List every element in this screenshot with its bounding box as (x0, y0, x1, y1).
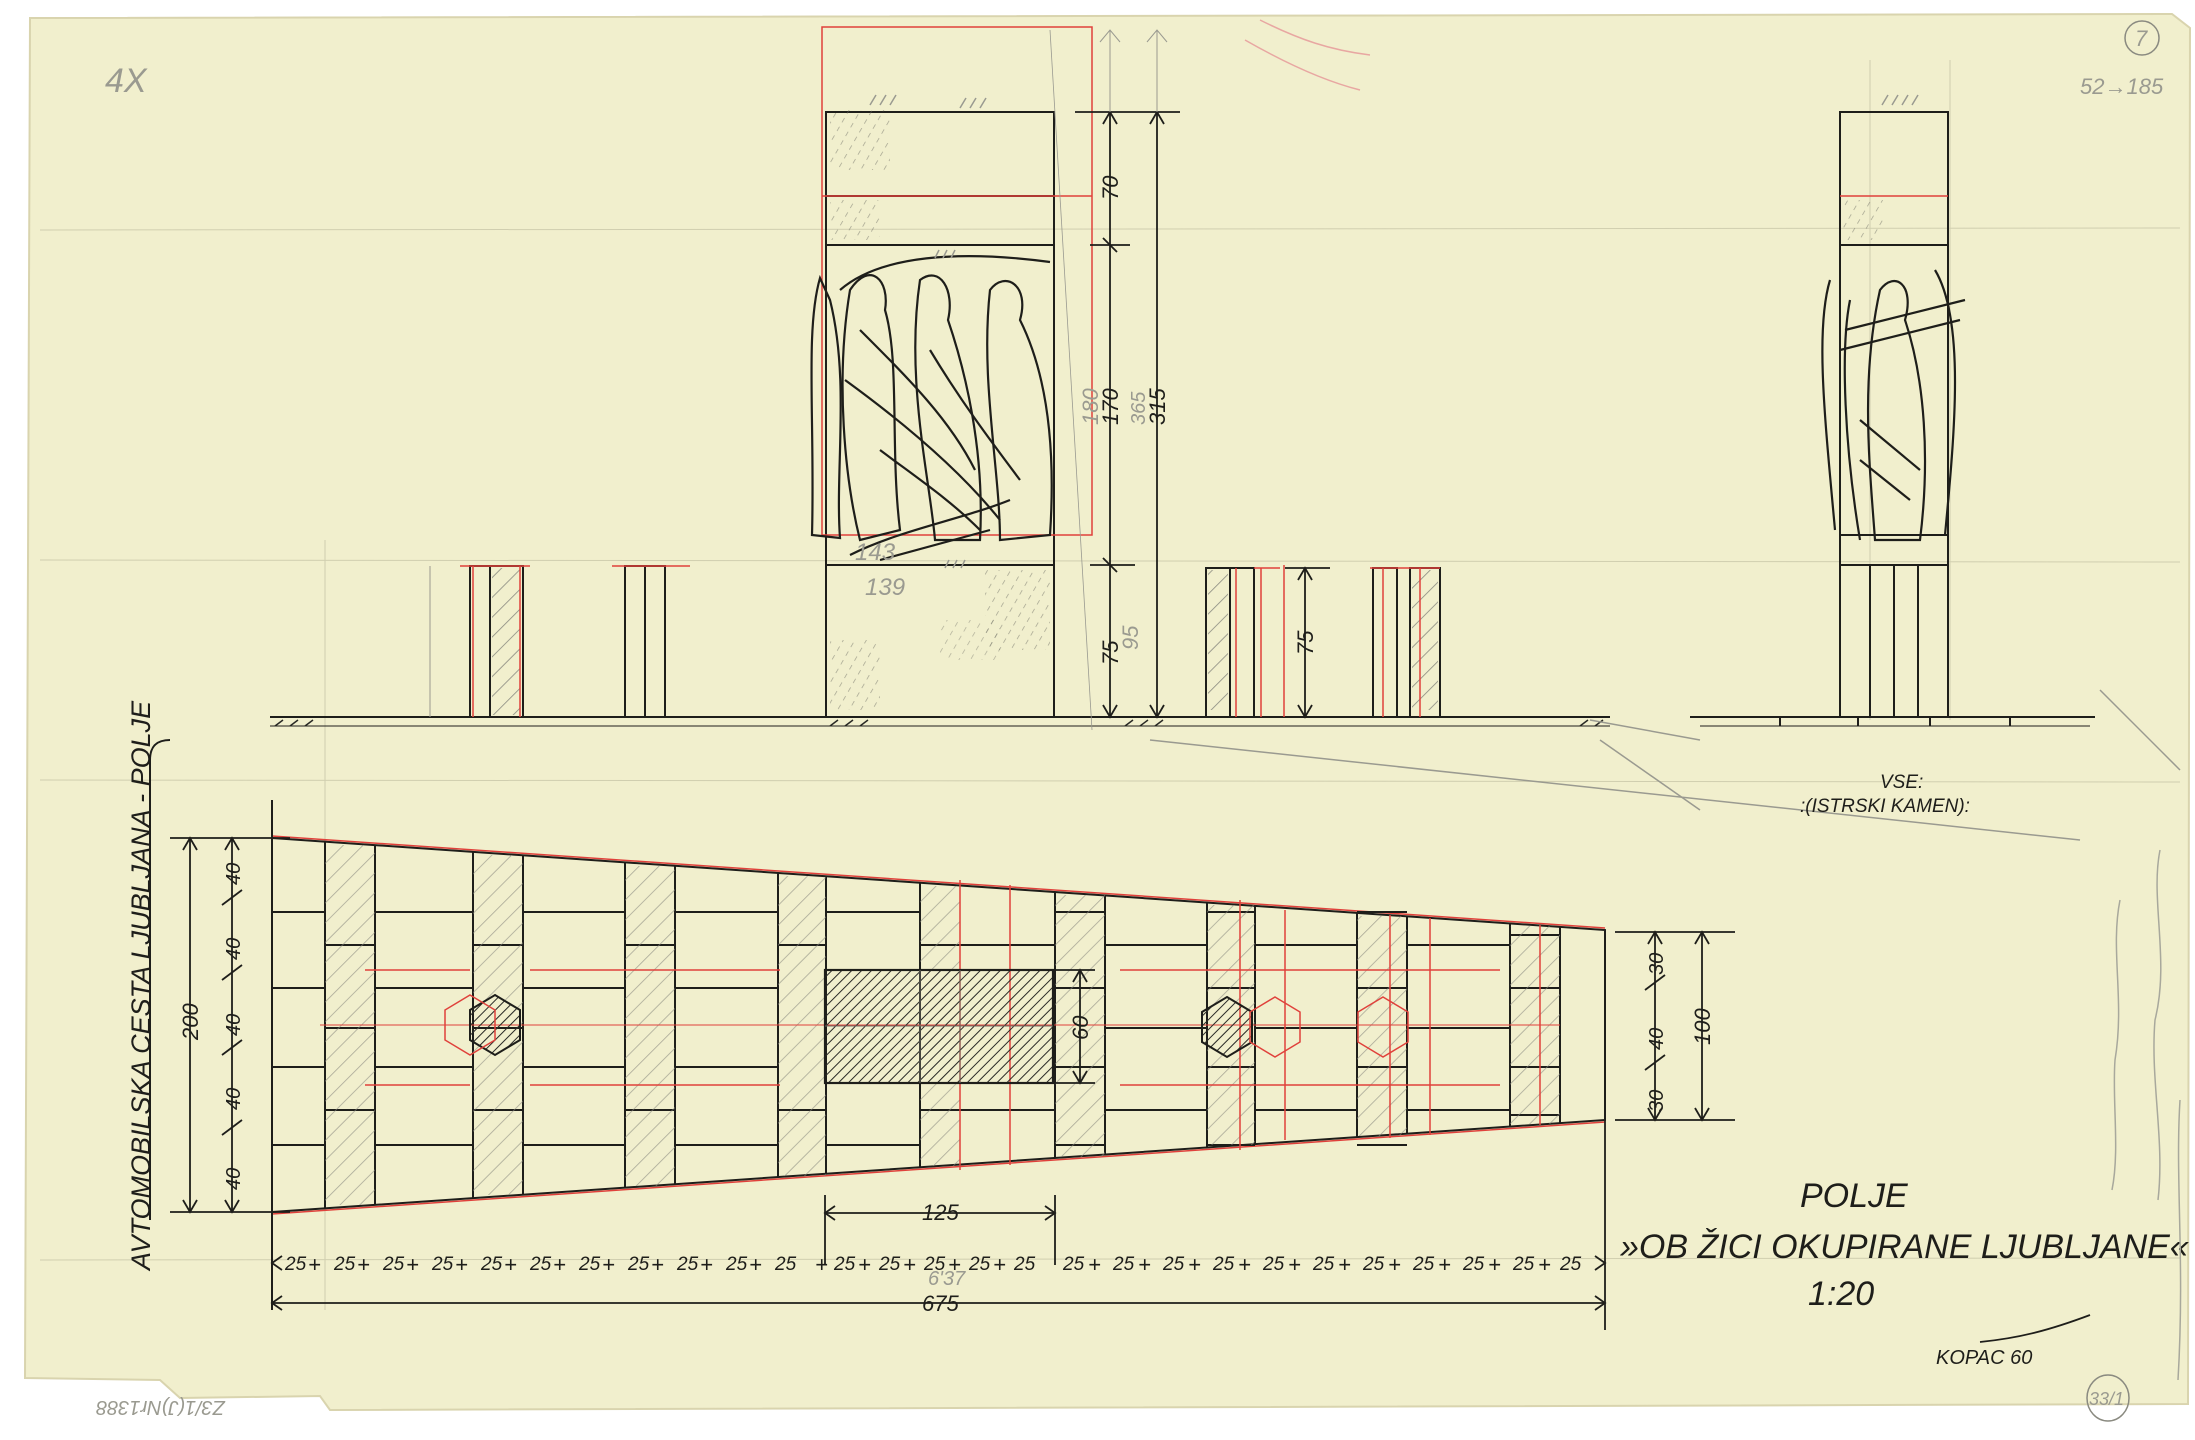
module-25: 25 (627, 1254, 650, 1275)
svg-text:+: + (1438, 1252, 1451, 1277)
module-25: 25 (725, 1254, 748, 1275)
dim-right-total: 100 (1690, 1008, 1715, 1045)
dim-plan-left-1: 40 (223, 863, 245, 885)
dim-pencil-total: 365 (1128, 391, 1150, 425)
dim-pencil-width-1: 143 (855, 539, 896, 566)
dim-center-span: 125 (922, 1200, 959, 1225)
svg-text:+: + (651, 1252, 664, 1277)
dim-plan-total-width: 200 (178, 1003, 203, 1041)
module-25: 25 (529, 1254, 552, 1275)
signature: KOPAC 60 (1936, 1347, 2032, 1369)
module-25: 25 (1512, 1254, 1535, 1275)
module-25: 25 (431, 1254, 454, 1275)
module-25: 25 (676, 1254, 699, 1275)
svg-text:+: + (1188, 1252, 1201, 1277)
corner-mark-circle-number: 7 (2135, 26, 2148, 51)
dim-right-1: 30 (1646, 953, 1668, 975)
archive-stamp: Z3/1(J)Nr1388 (96, 1396, 226, 1418)
svg-text:+: + (504, 1252, 517, 1277)
dim-small-block-height: 75 (1293, 630, 1318, 655)
module-25: 25 (284, 1254, 307, 1275)
dim-plan-left-2: 40 (223, 938, 245, 960)
svg-text:+: + (948, 1252, 961, 1277)
svg-text:+: + (903, 1252, 916, 1277)
svg-text:+: + (1138, 1252, 1151, 1277)
svg-text:+: + (1238, 1252, 1251, 1277)
module-25: 25 (968, 1254, 991, 1275)
corner-mark-top-left: 4X (105, 62, 148, 100)
title-scale: 1:20 (1808, 1275, 1874, 1313)
title-line-1: POLJE (1800, 1177, 1908, 1215)
title-line-2: »OB ŽICI OKUPIRANE LJUBLJANE« (1620, 1228, 2189, 1266)
architectural-drawing-sheet: 70 170 315 180 365 75 95 75 143 139 (0, 0, 2195, 1440)
dim-pencil-base: 95 (1118, 625, 1143, 650)
module-25: 25 (333, 1254, 356, 1275)
dim-segment-top: 70 (1098, 175, 1123, 200)
module-25: 25 (382, 1254, 405, 1275)
dim-bottom-total: 675 (922, 1291, 959, 1316)
svg-text:+: + (455, 1252, 468, 1277)
svg-text:+: + (1538, 1252, 1551, 1277)
dim-pencil-relief: 180 (1078, 388, 1103, 425)
svg-text:+: + (700, 1252, 713, 1277)
module-25: 25 (1362, 1254, 1385, 1275)
corner-mark-top-right: 52→185 (2080, 74, 2164, 99)
module-25: 25 (1212, 1254, 1235, 1275)
svg-text:+: + (1088, 1252, 1101, 1277)
svg-text:+: + (1488, 1252, 1501, 1277)
dim-center-block: 60 (1068, 1015, 1093, 1040)
module-25: 25 (1162, 1254, 1185, 1275)
dim-plan-left-4: 40 (223, 1088, 245, 1110)
module-25: 25 (1412, 1254, 1435, 1275)
module-25: 25 (774, 1254, 797, 1275)
module-25: 25 (480, 1254, 503, 1275)
module-25: 25 (923, 1254, 946, 1275)
dim-right-2: 40 (1646, 1028, 1668, 1050)
dim-plan-left-5: 40 (223, 1168, 245, 1190)
svg-text:+: + (553, 1252, 566, 1277)
svg-text:+: + (406, 1252, 419, 1277)
dim-plan-left-3: 40 (223, 1014, 245, 1036)
svg-text:+: + (1288, 1252, 1301, 1277)
dim-pencil-width-2: 139 (865, 574, 905, 601)
svg-text:+: + (993, 1252, 1006, 1277)
material-note-line-2: :(ISTRSKI KAMEN): (1800, 796, 1970, 817)
module-25: 25 (1559, 1254, 1582, 1275)
svg-text:+: + (815, 1252, 828, 1277)
svg-text:+: + (1338, 1252, 1351, 1277)
material-note-line-1: VSE: (1880, 772, 1923, 793)
dim-right-3: 30 (1646, 1090, 1668, 1112)
svg-text:+: + (749, 1252, 762, 1277)
module-25: 25 (878, 1254, 901, 1275)
sheet-number: 33/1 (2089, 1389, 2124, 1409)
module-25: 25 (1062, 1254, 1085, 1275)
svg-text:+: + (308, 1252, 321, 1277)
svg-text:+: + (1388, 1252, 1401, 1277)
module-25: 25 (1112, 1254, 1135, 1275)
road-label: AVTOMOBILSKA CESTA LJUBLJANA - POLJE (126, 700, 156, 1272)
module-25: 25 (1462, 1254, 1485, 1275)
module-25: 25 (833, 1254, 856, 1275)
svg-text:+: + (357, 1252, 370, 1277)
svg-text:+: + (602, 1252, 615, 1277)
module-25: 25 (1013, 1254, 1036, 1275)
module-25: 25 (578, 1254, 601, 1275)
module-25: 25 (1262, 1254, 1285, 1275)
module-25: 25 (1312, 1254, 1335, 1275)
svg-text:+: + (858, 1252, 871, 1277)
